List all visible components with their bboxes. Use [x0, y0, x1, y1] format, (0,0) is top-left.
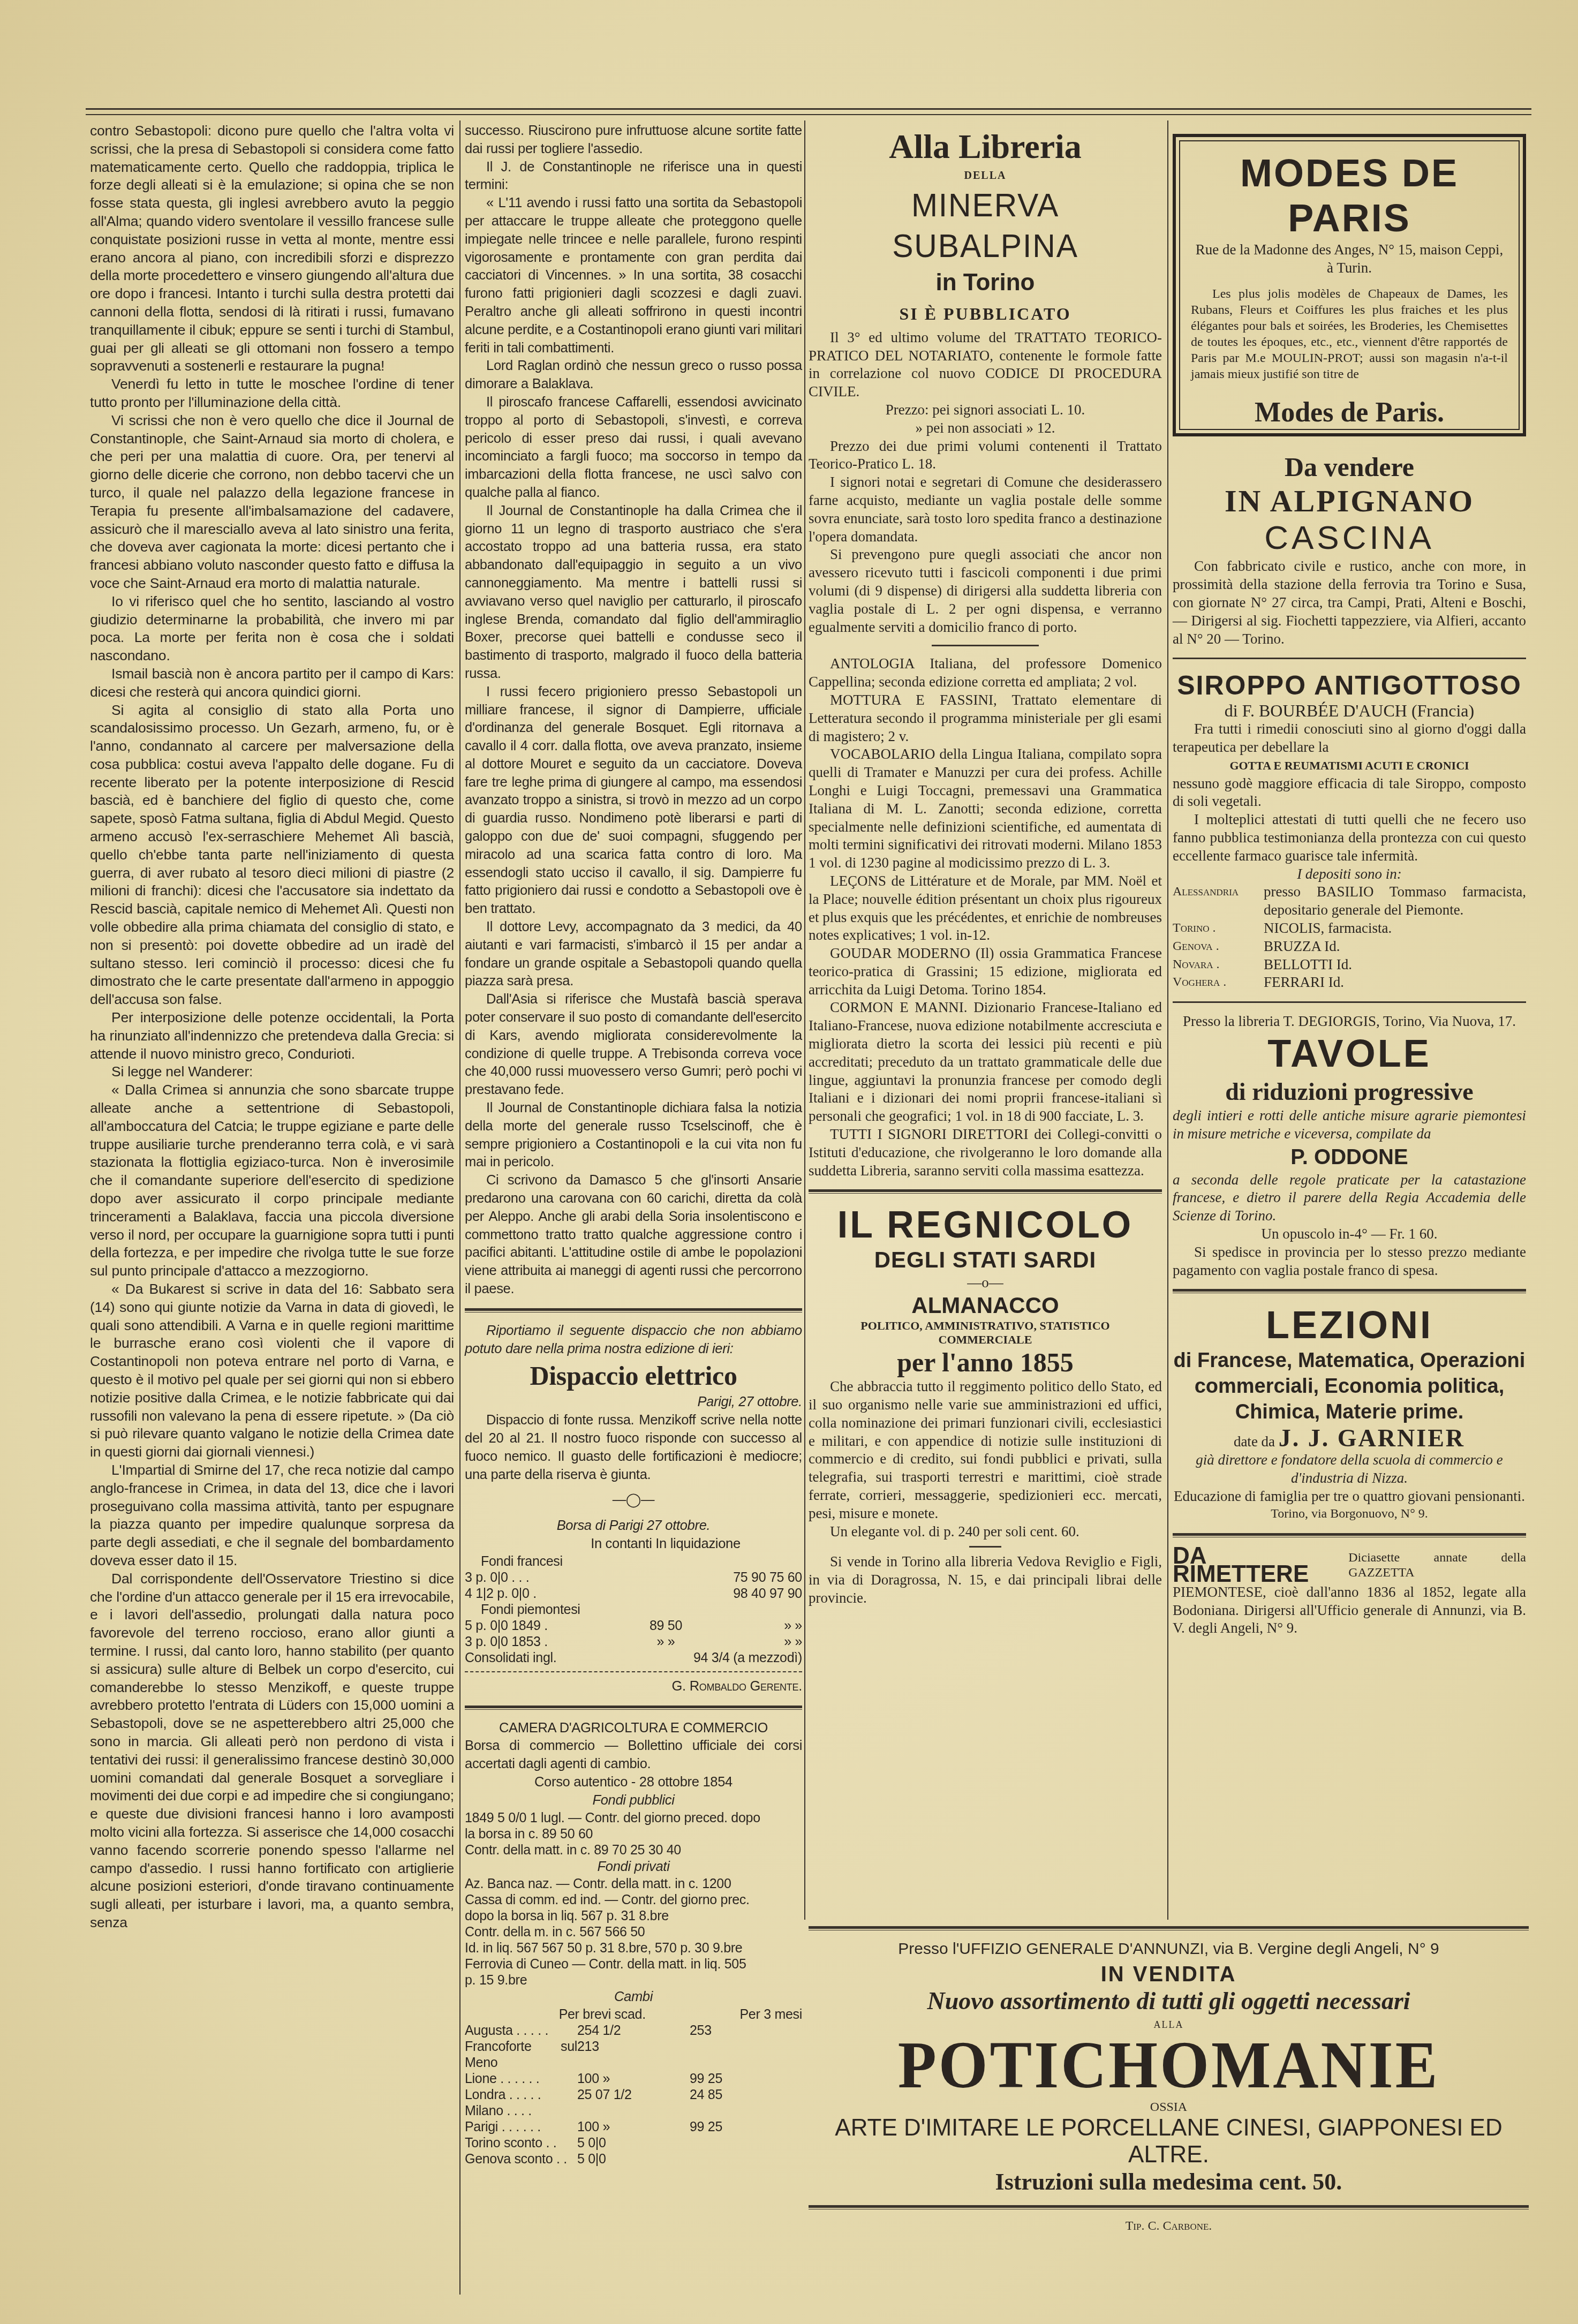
almanacco-price: Un elegante vol. di p. 240 per soli cent… [809, 1523, 1162, 1541]
rimettere-title: DA RIMETTERE [1173, 1547, 1341, 1583]
almanacco-desc: COMMERCIALE [809, 1333, 1162, 1347]
deposito-name: FERRARI Id. [1264, 974, 1526, 992]
cambi-cell: 5 0|0 [577, 2151, 690, 2167]
divider [465, 1706, 802, 1710]
cambi-cell: Milano . . . . [465, 2103, 577, 2119]
newspaper-page: contro Sebastopoli: dicono pure quello c… [0, 0, 1578, 2324]
ornament-divider: —o— [809, 1274, 1162, 1292]
footer-potichomanie: POTICHOMANIE [809, 2029, 1529, 2102]
cambi-cell: 100 » [577, 2071, 690, 2087]
divider [465, 1308, 802, 1312]
cambi-col: Per 3 mesi [740, 2006, 802, 2023]
lezioni-address: Torino, via Borgonuovo, N° 9. [1173, 1505, 1526, 1523]
article-paragraph: I russi fecero prigioniero presso Sebast… [465, 683, 802, 918]
article-paragraph: Il Journal de Constantinople ha dalla Cr… [465, 502, 802, 683]
cambi-cell: 213 [577, 2039, 690, 2071]
article-paragraph: Ismail bascià non è ancora partito per i… [90, 665, 454, 701]
almanacco-year: per l'anno 1855 [809, 1347, 1162, 1378]
cambi-cell: Londra . . . . . [465, 2087, 577, 2103]
book-list: ANTOLOGIA Italiana, del professore Domen… [809, 655, 1162, 1180]
libreria-name: MINERVA SUBALPINA [818, 185, 1153, 267]
almanacco-desc: POLITICO, AMMINISTRATIVO, STATISTICO [809, 1319, 1162, 1333]
deposito-row: Novara .BELLOTTI Id. [1173, 956, 1526, 974]
regnicolo-subtitle: DEGLI STATI SARDI [809, 1246, 1162, 1274]
cambi-row: Augusta . . . . .254 1/2253 [465, 2023, 802, 2039]
article-paragraph: Si agita al consiglio di stato alla Port… [90, 701, 454, 1009]
camera-title: CAMERA D'AGRICOLTURA E COMMERCIO [465, 1719, 802, 1738]
borsa-row: 4 1|2 p. 0|0 .98 40 97 90 [465, 1586, 802, 1602]
libreria-heading: Alla Libreria [809, 126, 1162, 167]
borsa-liquidation: 98 40 97 90 [733, 1586, 802, 1602]
footer-assortimento: Nuovo assortimento di tutti gli oggetti … [809, 1987, 1529, 2015]
cambi-col: Per brevi scad. [559, 2006, 646, 2023]
cambi-row: Parigi . . . . . .100 »99 25 [465, 2119, 802, 2135]
price-line: Prezzo: pei signori associati L. 10. [809, 401, 1162, 419]
tavole-subtitle: di riduzioni progressive [1173, 1077, 1526, 1107]
cambi-row: Londra . . . . .25 07 1/224 85 [465, 2087, 802, 2103]
deposito-city: Genova . [1173, 938, 1264, 956]
deposito-row: Genova .BRUZZA Id. [1173, 938, 1526, 956]
divider [809, 1926, 1529, 1930]
modes-title: MODES DE PARIS [1191, 151, 1508, 241]
modes-footer: Modes de Paris. [1191, 404, 1508, 422]
divider [1173, 658, 1526, 659]
borsa-row: Consolidati ingl.94 3/4 (a mezzodì) [465, 1650, 802, 1666]
cambi-cell: 99 25 [690, 2119, 802, 2135]
fondi-pubblici-list: 1849 5 0/0 1 lugl. — Contr. del giorno p… [465, 1810, 802, 1858]
tavole-desc: a seconda delle regole praticate per la … [1173, 1171, 1526, 1225]
cambi-cell: Lione . . . . . . [465, 2071, 577, 2087]
cambi-cell: Genova sconto . . [465, 2151, 577, 2167]
divider [1173, 1533, 1526, 1537]
rimettere-side: Diciasette annate della GAZZETTA [1348, 1550, 1526, 1580]
fondi-line: Contr. della m. in c. 567 566 50 [465, 1924, 802, 1940]
tavole-desc: degli intieri e rotti delle antiche misu… [1173, 1107, 1526, 1143]
cambi-cell: 253 [690, 2023, 802, 2039]
cambi-row: Milano . . . . [465, 2103, 802, 2119]
almanacco-text: Che abbraccia tutto il reggimento politi… [809, 1378, 1162, 1522]
cambi-cell: Francoforte sul Meno [465, 2039, 577, 2071]
vendere-location: IN ALPIGNANO [1173, 484, 1526, 519]
borsa-cash: 89 50 [650, 1618, 682, 1634]
libreria-della: DELLA [809, 167, 1162, 185]
divider [1173, 1001, 1526, 1003]
divider [465, 1671, 802, 1672]
book-entry: VOCABOLARIO della Lingua Italiana, compi… [809, 745, 1162, 872]
article-paragraph: Il dottore Levy, accompagnato da 3 medic… [465, 918, 802, 991]
article-paragraph: Vi scrissi che non è vero quello che dic… [90, 412, 454, 593]
libreria-text: Prezzo dei due primi volumi contenenti i… [809, 437, 1162, 474]
lezioni-teacher-role: già direttore e fondatore della scuola d… [1173, 1451, 1526, 1488]
cambi-cell: 254 1/2 [577, 2023, 690, 2039]
fondi-pubblici-title: Fondi pubblici [465, 1792, 802, 1810]
article-paragraph: « Da Bukarest si scrive in data del 16: … [90, 1280, 454, 1461]
article-paragraph: contro Sebastopoli: dicono pure quello c… [90, 122, 454, 375]
divider [809, 2205, 1529, 2209]
borsa-liquidation: 75 90 75 60 [733, 1570, 802, 1586]
lezioni-teacher: J. J. GARNIER [1279, 1424, 1465, 1452]
borsa-cash: » » [657, 1634, 675, 1650]
article-paragraph: Venerdì fu letto in tutte le moschee l'o… [90, 375, 454, 412]
divider [809, 1189, 1162, 1194]
price-line: » pei non associati » 12. [809, 419, 1162, 437]
cambi-row: Genova sconto . .5 0|0 [465, 2151, 802, 2167]
tavole-publisher: Presso la libreria T. DEGIORGIS, Torino,… [1173, 1013, 1526, 1031]
column-4: MODES DE PARIS Rue de la Madonne des Ang… [1173, 122, 1526, 1638]
article-paragraph: Per interposizione delle potenze occiden… [90, 1009, 454, 1063]
borsa-label: Consolidati ingl. [465, 1650, 556, 1666]
dispatch-dateline: Parigi, 27 ottobre. [465, 1393, 802, 1412]
cambi-row: Francoforte sul Meno213 [465, 2039, 802, 2071]
book-entry: CORMON E MANNI. Dizionario Francese-Ital… [809, 999, 1162, 1126]
cambi-cell: 25 07 1/2 [577, 2087, 690, 2103]
vendere-property: CASCINA [1173, 519, 1526, 557]
fondi-privati-list: Az. Banca naz. — Contr. della matt. in c… [465, 1876, 802, 1988]
article-paragraph: L'Impartial di Smirne del 17, che reca n… [90, 1461, 454, 1570]
depositi-list: Alessandriapresso BASILIO Tommaso farmac… [1173, 883, 1526, 992]
footer-in-vendita: IN VENDITA [809, 1963, 1529, 1987]
column-2-article: successo. Riuscirono pure infruttuose al… [465, 122, 802, 1299]
libreria-text: Il 3° ed ultimo volume del TRATTATO TEOR… [809, 329, 1162, 401]
divider [969, 1546, 1001, 1548]
book-entry: ANTOLOGIA Italiana, del professore Domen… [809, 655, 1162, 691]
modes-de-paris-ad: MODES DE PARIS Rue de la Madonne des Ang… [1173, 134, 1526, 436]
article-paragraph: Dal corrispondente dell'Osservatore Trie… [90, 1570, 454, 1932]
article-paragraph: Lord Raglan ordinò che nessun greco o ru… [465, 357, 802, 394]
deposito-city: Alessandria [1173, 883, 1264, 919]
deposito-city: Torino . [1173, 919, 1264, 938]
potichomanie-ad: Presso l'UFFIZIO GENERALE D'ANNUNZI, via… [809, 1926, 1529, 2234]
fondi-line: Az. Banca naz. — Contr. della matt. in c… [465, 1876, 802, 1892]
book-entry: GOUDAR MODERNO (Il) ossia Grammatica Fra… [809, 945, 1162, 999]
book-entry: TUTTI I SIGNORI DIRETTORI dei Collegi-co… [809, 1126, 1162, 1180]
column-divider [1167, 120, 1168, 1920]
tavole-author: P. ODDONE [1173, 1143, 1526, 1171]
footer-ossia: OSSIA [809, 2100, 1529, 2115]
borsa-label: Fondi francesi [481, 1553, 563, 1570]
modes-body: Les plus jolis modèles de Chapeaux de Da… [1191, 286, 1508, 382]
deposito-row: Alessandriapresso BASILIO Tommaso farmac… [1173, 883, 1526, 919]
book-entry: LEÇONS de Littérature et de Morale, par … [809, 872, 1162, 945]
deposito-name: BRUZZA Id. [1264, 938, 1526, 956]
ornament-divider: —◯— [465, 1491, 802, 1510]
column-1-article: contro Sebastopoli: dicono pure quello c… [90, 122, 454, 1932]
article-paragraph: Si legge nel Wanderer: [90, 1063, 454, 1081]
article-paragraph: Dall'Asia si riferisce che Mustafà basci… [465, 991, 802, 1099]
fondi-privati-title: Fondi privati [465, 1858, 802, 1876]
siroppo-title: SIROPPO ANTIGOTTOSO [1173, 669, 1526, 702]
printer-credit: Tip. C. Carbone. [809, 2219, 1529, 2234]
lezioni-title: LEZIONI [1173, 1303, 1526, 1348]
borsa-table: Fondi francesi3 p. 0|0 . . .75 90 75 604… [465, 1553, 802, 1666]
borsa-row: Fondi francesi [465, 1553, 802, 1570]
deposito-name: NICOLIS, farmacista. [1264, 919, 1526, 938]
siroppo-text: nessuno godè maggiore efficacia di tale … [1173, 775, 1526, 811]
column-divider [804, 120, 805, 1920]
cambi-cell: 5 0|0 [577, 2135, 690, 2151]
cambi-title: Cambi [465, 1988, 802, 2006]
fondi-line: p. 15 9.bre [465, 1972, 802, 1988]
libreria-text: Si prevengono pure quegli associati che … [809, 546, 1162, 636]
regnicolo-title: IL REGNICOLO [809, 1203, 1162, 1246]
borsa-label: 4 1|2 p. 0|0 . [465, 1586, 537, 1602]
borsa-label: 5 p. 0|0 1849 . [465, 1618, 548, 1634]
camera-subtitle: Borsa di commercio — Bollettino ufficial… [465, 1737, 802, 1774]
borsa-label: Fondi piemontesi [481, 1602, 580, 1618]
libreria-text: I signori notai e segretari di Comune ch… [809, 473, 1162, 546]
cambi-cell: Torino sconto . . [465, 2135, 577, 2151]
article-paragraph: Il Journal de Constantinople dichiara fa… [465, 1099, 802, 1172]
deposito-row: Torino .NICOLIS, farmacista. [1173, 919, 1526, 938]
lezioni-subjects: di Francese, Matematica, Operazioni comm… [1173, 1348, 1526, 1425]
fondi-line: la borsa in c. 89 50 60 [465, 1826, 802, 1842]
siroppo-text: Fra tutti i rimedii conosciuti sino al g… [1173, 720, 1526, 757]
deposito-city: Voghera . [1173, 974, 1264, 992]
modes-address: Rue de la Madonne des Anges, N° 15, mais… [1191, 241, 1508, 277]
libreria-announcement: SI È PUBBLICATO [809, 299, 1162, 329]
siroppo-disease: GOTTA E REUMATISMI ACUTI E CRONICI [1173, 757, 1526, 775]
cambi-header: Per brevi scad.Per 3 mesi [465, 2006, 802, 2023]
fondi-line: Ferrovia di Cuneo — Contr. della matt. i… [465, 1956, 802, 1972]
book-entry: MOTTURA E FASSINI, Trattato elementare d… [809, 691, 1162, 745]
cambi-cell [690, 2151, 802, 2167]
almanacco-heading: ALMANACCO [809, 1292, 1162, 1319]
dispatch-text: Dispaccio di fonte russa. Menzikoff scri… [465, 1412, 802, 1484]
borsa-row: 5 p. 0|0 1849 .89 50» » [465, 1618, 802, 1634]
fondi-line: Cassa di comm. ed ind. — Contr. del gior… [465, 1892, 802, 1908]
fondi-line: 1849 5 0/0 1 lugl. — Contr. del giorno p… [465, 1810, 802, 1826]
deposito-city: Novara . [1173, 956, 1264, 974]
cambi-row: Torino sconto . .5 0|0 [465, 2135, 802, 2151]
article-paragraph: Il piroscafo francese Caffarelli, essend… [465, 394, 802, 502]
cambi-cell: Augusta . . . . . [465, 2023, 577, 2039]
gerente-signature: G. Rombaldo Gerente. [465, 1678, 802, 1696]
cambi-cell [690, 2039, 802, 2071]
divider [932, 645, 1039, 646]
cambi-row: Lione . . . . . .100 »99 25 [465, 2071, 802, 2087]
article-paragraph: successo. Riuscirono pure infruttuose al… [465, 122, 802, 159]
borsa-label: 3 p. 0|0 1853 . [465, 1634, 548, 1650]
cambi-cell [577, 2103, 690, 2119]
cambi-cell: 99 25 [690, 2071, 802, 2087]
deposito-name: BELLOTTI Id. [1264, 956, 1526, 974]
cambi-cell [690, 2103, 802, 2119]
cambi-table: Per brevi scad.Per 3 mesiAugusta . . . .… [465, 2006, 802, 2167]
lezioni-education: Educazione di famiglia per tre o quattro… [1173, 1488, 1526, 1506]
column-2: successo. Riuscirono pure infruttuose al… [465, 122, 802, 2167]
borsa-columns: In contanti In liquidazione [465, 1535, 802, 1553]
lezioni-date-da: date da [1234, 1433, 1275, 1450]
cambi-cell: Parigi . . . . . . [465, 2119, 577, 2135]
footer-presso: Presso l'UFFIZIO GENERALE D'ANNUNZI, via… [809, 1940, 1529, 1958]
borsa-row: Fondi piemontesi [465, 1602, 802, 1618]
siroppo-maker: di F. BOURBÉE D'AUCH (Francia) [1173, 702, 1526, 720]
cambi-cell: 100 » [577, 2119, 690, 2135]
article-paragraph: Io vi riferisco quel che ho sentito, las… [90, 593, 454, 665]
divider [1173, 1289, 1526, 1293]
borsa-liquidation: 94 3/4 (a mezzodì) [693, 1650, 802, 1666]
fondi-line: dopo la borsa in liq. 567 p. 31 8.bre [465, 1908, 802, 1924]
fondi-line: Id. in liq. 567 567 50 p. 31 8.bre, 570 … [465, 1940, 802, 1956]
fondi-line: Contr. della matt. in c. 89 70 25 30 40 [465, 1842, 802, 1858]
dispatch-title: Dispaccio elettrico [465, 1358, 802, 1393]
almanacco-sale: Si vende in Torino alla libreria Vedova … [809, 1553, 1162, 1607]
siroppo-text: I molteplici attestati di tutti quelli c… [1173, 811, 1526, 865]
borsa-title: Borsa di Parigi 27 ottobre. [465, 1517, 802, 1535]
footer-arte: ARTE D'IMITARE LE PORCELLANE CINESI, GIA… [809, 2115, 1529, 2168]
tavole-title: TAVOLE [1173, 1031, 1526, 1077]
column-3: Alla Libreria DELLA MINERVA SUBALPINA in… [809, 122, 1162, 1608]
article-paragraph: Il J. de Constantinople ne riferisce una… [465, 159, 802, 195]
vendere-heading: Da vendere [1173, 450, 1526, 484]
borsa-liquidation: » » [784, 1618, 802, 1634]
cambi-cell [690, 2135, 802, 2151]
article-paragraph: « Dalla Crimea si annunzia che sono sbar… [90, 1081, 454, 1280]
tavole-shipping: Si spedisce in provincia per lo stesso p… [1173, 1243, 1526, 1280]
cambi-cell: 24 85 [690, 2087, 802, 2103]
article-paragraph: « L'11 avendo i russi fatto una sortita … [465, 194, 802, 357]
column-divider [459, 120, 460, 2295]
article-paragraph: Ci scrivono da Damasco 5 che gl'insorti … [465, 1172, 802, 1299]
deposito-row: Voghera .FERRARI Id. [1173, 974, 1526, 992]
rimettere-text: PIEMONTESE, cioè dall'anno 1836 al 1852,… [1173, 1583, 1526, 1638]
deposito-name: presso BASILIO Tommaso farmacista, depos… [1264, 883, 1526, 919]
corso-date: Corso autentico - 28 ottobre 1854 [465, 1774, 802, 1792]
depositi-title: I depositi sono in: [1173, 865, 1526, 884]
footer-istruzioni: Istruzioni sulla medesima cent. 50. [809, 2168, 1529, 2195]
borsa-label: 3 p. 0|0 . . . [465, 1570, 529, 1586]
borsa-liquidation: » » [784, 1634, 802, 1650]
borsa-row: 3 p. 0|0 1853 .» »» » [465, 1634, 802, 1650]
top-rule [86, 108, 1531, 115]
tavole-price: Un opuscolo in-4° — Fr. 1 60. [1173, 1225, 1526, 1243]
libreria-city: in Torino [809, 267, 1162, 299]
dispatch-intro: Riportiamo il seguente dispaccio che non… [465, 1322, 802, 1359]
vendere-text: Con fabbricato civile e rustico, anche c… [1173, 557, 1526, 648]
borsa-row: 3 p. 0|0 . . .75 90 75 60 [465, 1570, 802, 1586]
